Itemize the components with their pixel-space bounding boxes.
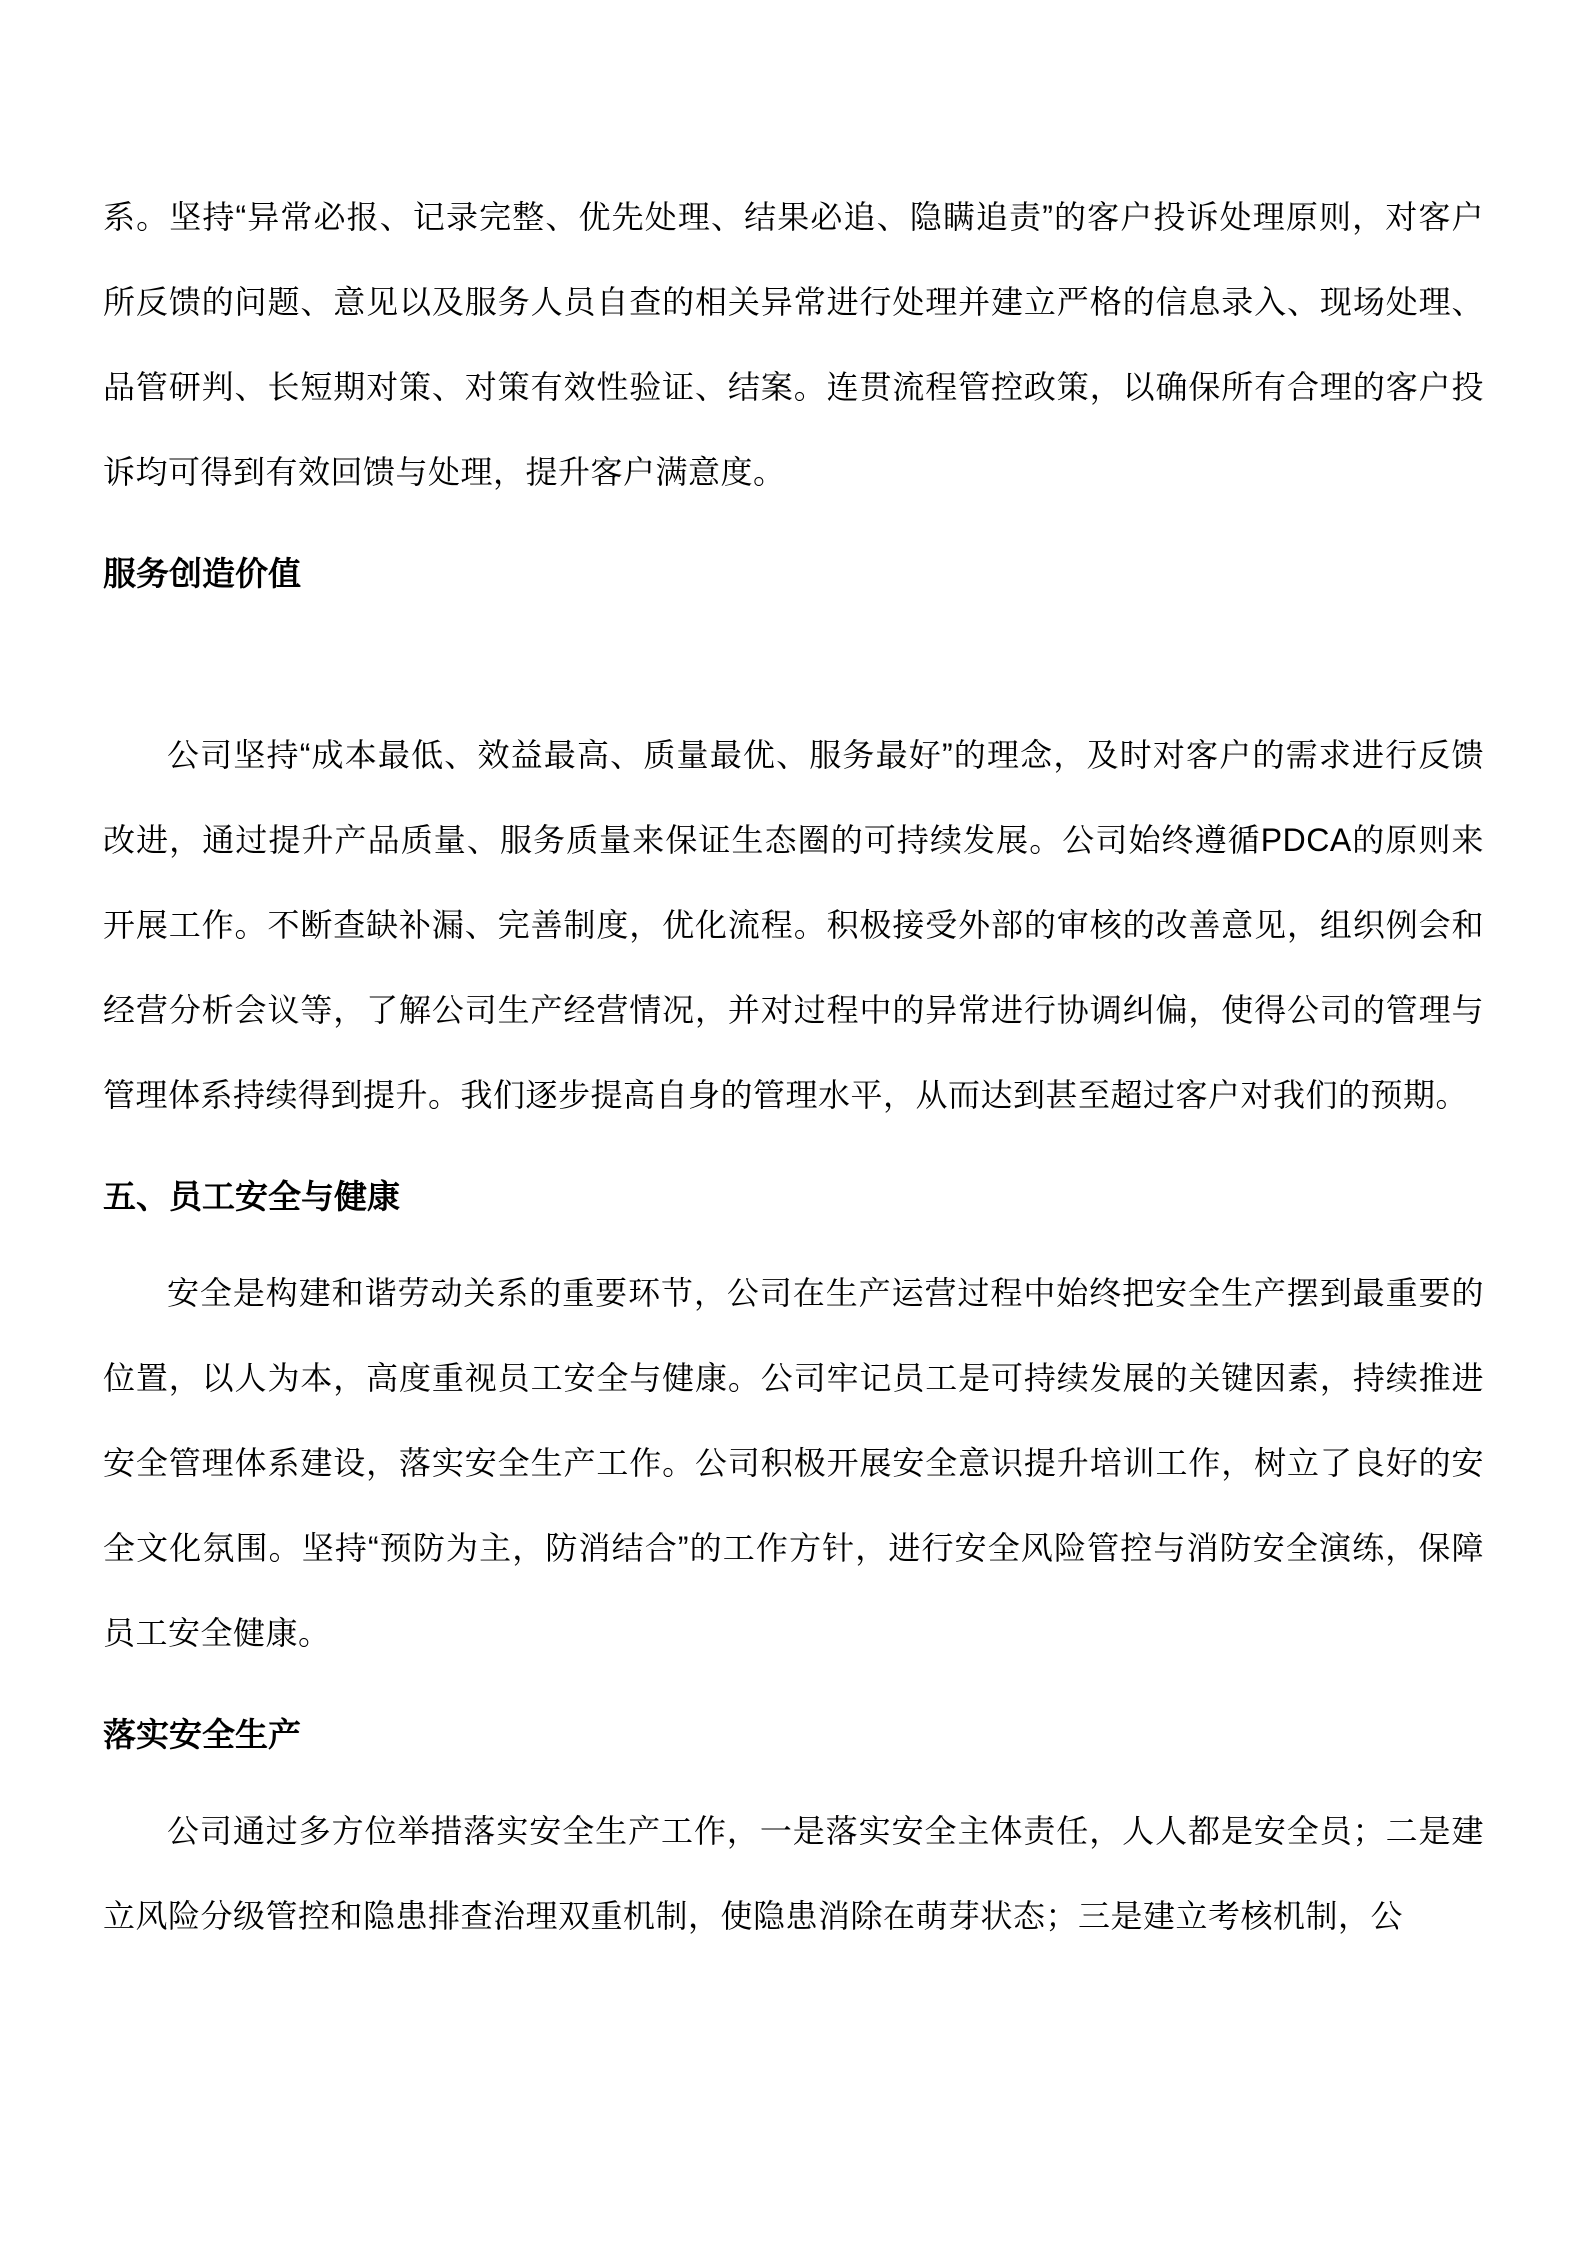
body-paragraph-safety-overview: 安全是构建和谐劳动关系的重要环节，公司在生产运营过程中始终把安全生产摆到最重要的… bbox=[103, 1251, 1484, 1676]
section-heading-employee-safety-health: 五、员工安全与健康 bbox=[103, 1154, 1484, 1239]
document-page: 系。坚持“异常必报、记录完整、优先处理、结果必追、隐瞒追责”的客户投诉处理原则，… bbox=[0, 0, 1587, 2245]
body-paragraph-customer-complaints: 系。坚持“异常必报、记录完整、优先处理、结果必追、隐瞒追责”的客户投诉处理原则，… bbox=[103, 175, 1484, 515]
section-heading-implement-safe-production: 落实安全生产 bbox=[103, 1692, 1484, 1777]
body-paragraph-service-philosophy: 公司坚持“成本最低、效益最高、质量最优、服务最好”的理念，及时对客户的需求进行反… bbox=[103, 713, 1484, 1138]
body-paragraph-safe-production-measures: 公司通过多方位举措落实安全生产工作，一是落实安全主体责任，人人都是安全员；二是建… bbox=[103, 1789, 1484, 1959]
blank-line bbox=[103, 628, 1484, 713]
section-heading-service-creates-value: 服务创造价值 bbox=[103, 531, 1484, 616]
